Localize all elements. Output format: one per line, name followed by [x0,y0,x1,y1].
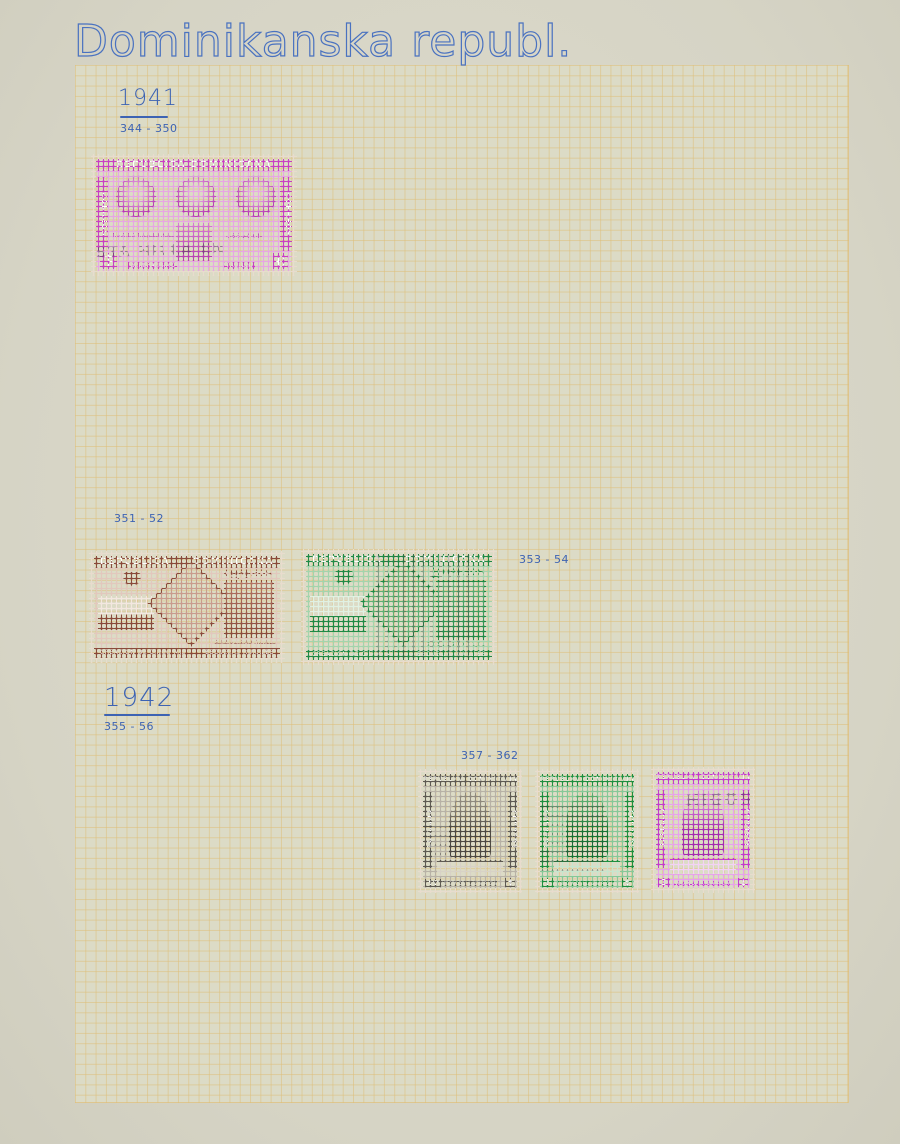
year-underline [120,116,168,118]
stamp-caption: VIRGEN DE LA ALTAGRACIA [441,881,497,886]
stamp-design: REPUBLICA DOMINICANA CORREOS CORREOS 3 ¢… [656,772,750,888]
stamp-body: 1/2 CORREOS GENERALISIMO TRUJILLO [94,568,280,648]
stamp-value: 3 [658,878,670,887]
killer-bar-cancellation [540,806,604,876]
portrait-caption: GENERALISIMO TRUJILLO [214,640,276,646]
stamp-currency: ¢ [505,878,515,887]
stamp-header: REPUBLICA DOMINICANA [656,772,750,784]
stamp-body: CORREOS CORREOS 3 ¢ VIRGEN DE LA ALTAGRA… [656,784,750,888]
stamp-side-text: CORREOS [656,790,665,868]
catalog-range-label: 357 - 362 [461,749,518,762]
stamp-caption: VIRGEN DE LA ALTAGRACIA [558,881,614,886]
killer-bar-cancellation [423,826,457,856]
schoolhouse-illustration [98,596,154,630]
stamp-design: REPUBLICA DOMINICANA CORREOS CORREOS TRA… [96,159,292,271]
stamp-value: 1 [542,878,554,887]
stamp-footer: CREACION DE CINCO MIL ESCUELAS RURALES [94,648,280,658]
stamp-schools-1-cent[interactable]: REPUBLICA DOMINICANA 1 CORREOS GENERALIS… [301,549,497,665]
catalog-range-label: 353 - 54 [519,553,569,566]
stamp-text-right: LIBERACION [226,233,262,240]
stamp-body: CORREOS CORREOS TRATADO TRUJILLO HULL LI… [96,171,292,271]
stamp-caption: VIRGEN DE LA ALTAGRACIA [674,881,730,886]
stamp-currency: ¢ [622,878,632,887]
stamp-body: CORREOS CORREOS 1 ¢ VIRGEN DE LA ALTAGRA… [540,786,634,888]
palm-tree-illustration [122,572,142,598]
stamp-header-right: DOMINICANA [193,556,274,568]
stamp-side-text: CORREOS [280,177,292,251]
stamp-side-text: CORREOS [96,177,108,251]
stamp-altagracia-3-cent[interactable]: REPUBLICA DOMINICANA CORREOS CORREOS 3 ¢… [651,767,755,893]
stamp-header: REPUBLICA DOMINICANA [423,774,517,786]
infant-cradle [437,860,503,876]
portrait-medallion [114,175,158,219]
stamp-design: REPUBLICA DOMINICANA CORREOS CORREOS 1 ¢… [540,774,634,888]
portrait-medallion [174,175,218,219]
stamp-body: 1 CORREOS GENERALISIMO TRUJILLO [306,566,492,650]
palm-tree-illustration [334,570,354,598]
page-title: Dominikanska republ. [74,16,572,67]
stamp-design: REPUBLICA DOMINICANA CORREOS CORREOS 1/2… [423,774,517,888]
year-underline [104,714,170,716]
stamp-1941-3c[interactable]: REPUBLICA DOMINICANA CORREOS CORREOS TRA… [91,154,297,276]
stamp-caption-left: GENERALISIMO [128,262,177,269]
stamp-text-left: TRATADO TRUJILLO HULL [112,233,174,239]
stamp-altagracia-1-cent[interactable]: REPUBLICA DOMINICANA CORREOS CORREOS 1 ¢… [535,769,639,893]
stamp-footer-right: ESCUELAS RURALES [205,648,274,658]
stamp-body: CORREOS CORREOS 1/2 ¢ VIRGEN DE LA ALTAG… [423,786,517,888]
portrait-medallion [234,175,278,219]
stamp-currency: ¢ [273,253,288,269]
stamp-schools-half-cent[interactable]: REPUBLICA DOMINICANA 1/2 CORREOS GENERAL… [89,551,285,663]
stamp-design: REPUBLICA DOMINICANA 1 CORREOS GENERALIS… [306,554,492,660]
stamp-side-text: CORREOS [625,792,634,868]
catalog-range-label: 344 - 350 [120,122,177,135]
killer-bar-cancellation [376,554,472,660]
torch-diamond-emblem [147,559,235,647]
year-heading-1942: 1942 [104,683,174,713]
schoolhouse-illustration [310,596,366,632]
stamp-value: 1/2 [425,879,441,887]
stamp-altagracia-half-cent[interactable]: REPUBLICA DOMINICANA CORREOS CORREOS 1/2… [418,769,522,893]
stamp-label: CORREOS [224,569,272,579]
infant-cradle [670,858,736,874]
stamp-header-left: REPUBLICA [100,556,170,568]
portrait-frame [224,580,274,638]
stamp-header: REPUBLICA DOMINICANA [96,159,292,171]
stamp-header-left: REPUBLICA [312,554,382,566]
album-page: Dominikanska republ. 1941 344 - 350 REPU… [0,0,900,1144]
stamp-currency: ¢ [738,878,748,887]
catalog-range-label: 355 - 56 [104,720,154,733]
stamp-side-text: CORREOS [508,792,517,868]
stamp-design: REPUBLICA DOMINICANA 1/2 CORREOS GENERAL… [94,556,280,658]
postmark-cancellation: HIGOS [686,789,750,810]
year-heading-1941: 1941 [118,86,178,111]
stamp-header: REPUBLICA DOMINICANA [540,774,634,786]
catalog-range-label: 351 - 52 [114,512,164,525]
stamp-footer-left: CREACION DE CINCO MIL [100,648,186,658]
stamp-caption-right: TRUJILLO [224,262,255,269]
